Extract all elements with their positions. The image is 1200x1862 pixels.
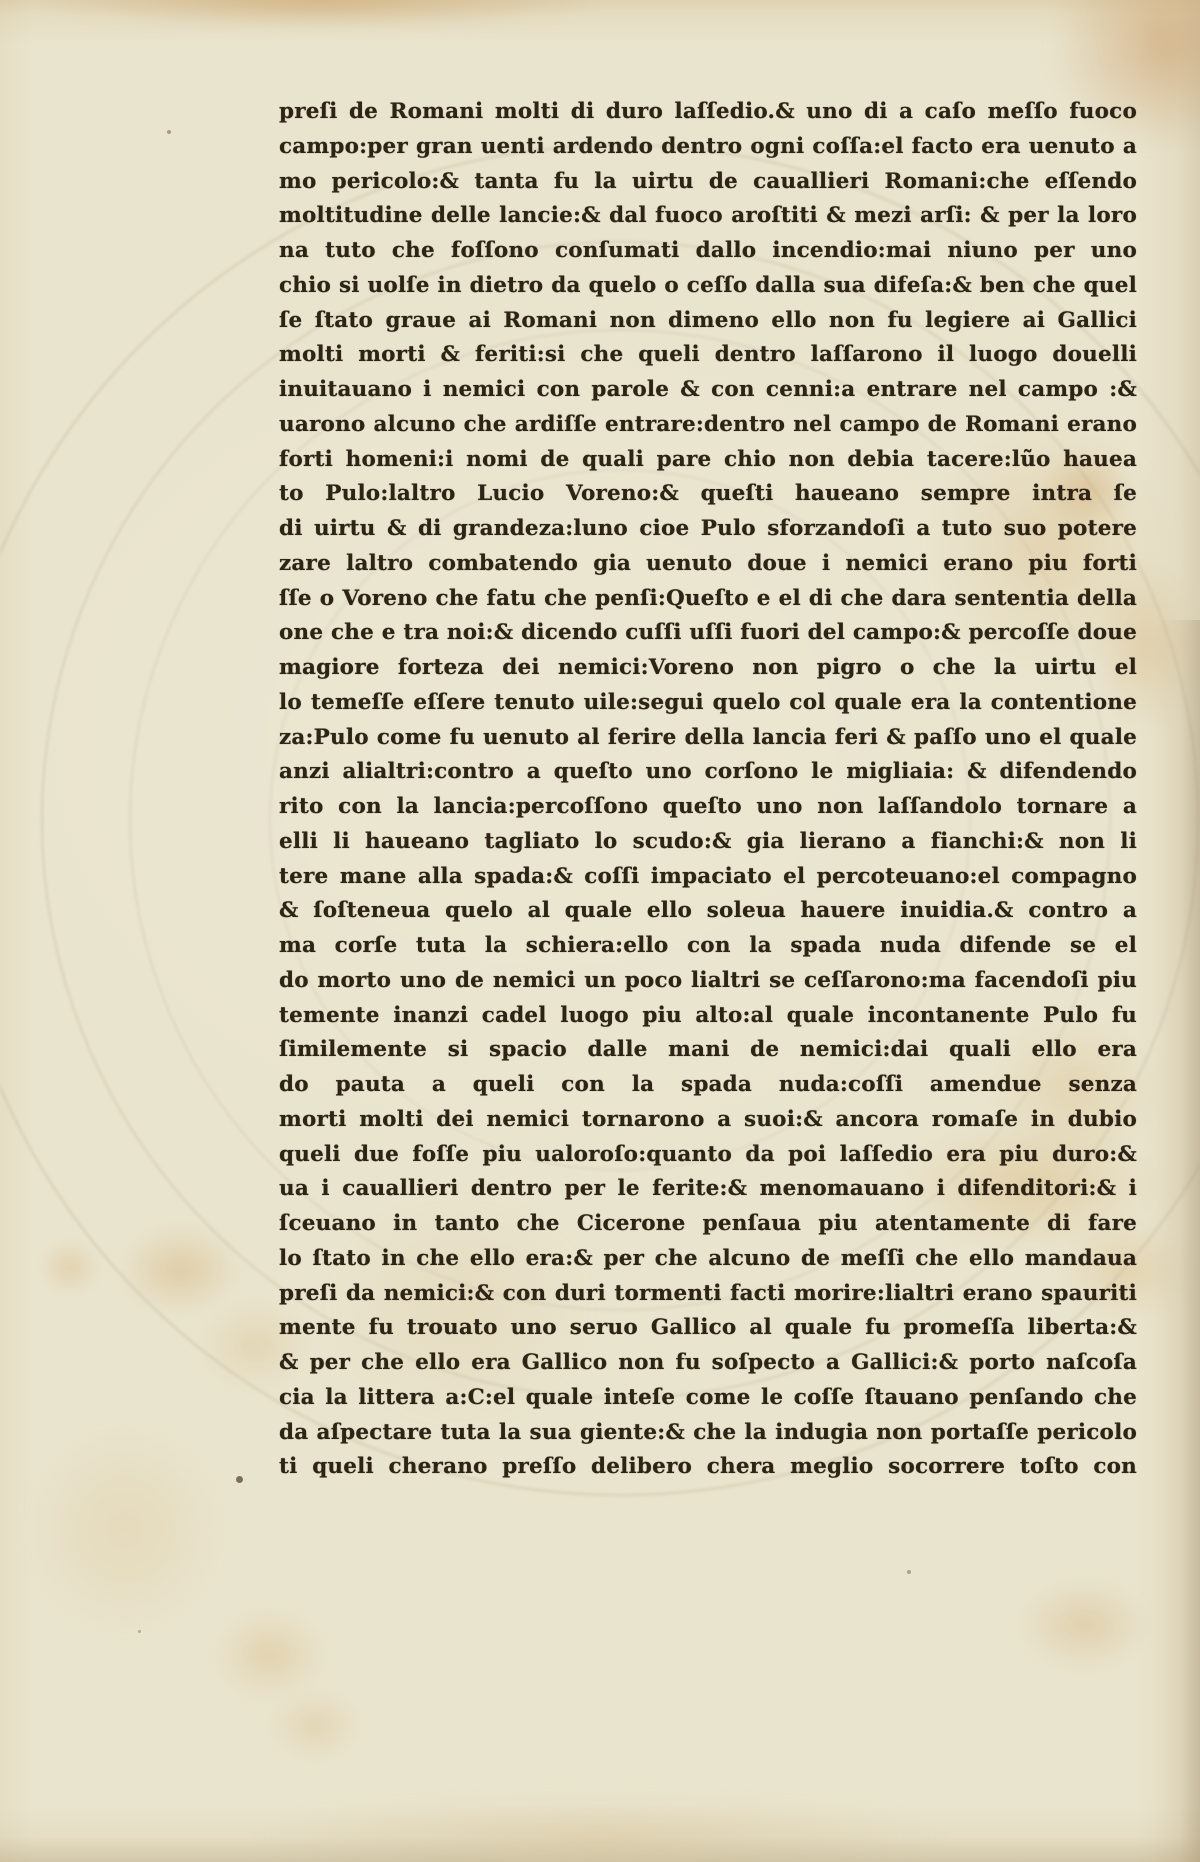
text-line: di uirtu & di grandeza:luno cioe Pulo sf… <box>279 512 1137 547</box>
text-line: moltitudine delle lancie:& dal fuoco aro… <box>279 199 1137 234</box>
text-line: preſi da nemici:& con duri tormenti fact… <box>279 1277 1137 1312</box>
text-line: na tuto che foſſono conſumati dallo ince… <box>279 234 1137 269</box>
text-line: molti morti & feriti:si che queli dentro… <box>279 338 1137 373</box>
text-line: & per che ello era Gallico non fu soſpec… <box>279 1346 1137 1381</box>
text-line: cia la littera a:C:el quale inteſe come … <box>279 1381 1137 1416</box>
text-line: anzi alialtri:contro a queſto uno corſon… <box>279 755 1137 790</box>
text-line: mo pericolo:& tanta fu la uirtu de caual… <box>279 165 1137 200</box>
text-line: tere mane alla spada:& coſſi impaciato e… <box>279 860 1137 895</box>
stain <box>250 1800 950 1862</box>
text-line: do morto uno de nemici un poco lialtri s… <box>279 964 1137 999</box>
text-line: one che e tra noi:& dicendo cuſſi uſſi f… <box>279 616 1137 651</box>
speck <box>167 130 171 134</box>
text-line: campo:per gran uenti ardendo dentro ogni… <box>279 130 1137 165</box>
text-line: ſimilemente si spacio dalle mani de nemi… <box>279 1033 1137 1068</box>
printed-text-block: preſi de Romani molti di duro laſſedio.&… <box>279 95 1137 1485</box>
speck <box>138 1630 141 1633</box>
text-line: za:Pulo come fu uenuto al ferire della l… <box>279 721 1137 756</box>
text-line: do pauta a queli con la spada nuda:coſſi… <box>279 1068 1137 1103</box>
text-line: ma corſe tuta la schiera:ello con la spa… <box>279 929 1137 964</box>
text-line: preſi de Romani molti di duro laſſedio.&… <box>279 95 1137 130</box>
text-line: ti queli cherano preſſo delibero chera m… <box>279 1450 1137 1485</box>
text-line: rito con la lancia:percoſſono queſto uno… <box>279 790 1137 825</box>
text-line: chio si uolſe in dietro da quelo o ceſſo… <box>279 269 1137 304</box>
text-line: & ſoſteneua quelo al quale ello soleua h… <box>279 894 1137 929</box>
text-line: morti molti dei nemici tornarono a suoi:… <box>279 1103 1137 1138</box>
stain <box>270 1690 360 1760</box>
stain <box>215 1610 325 1700</box>
text-line: forti homeni:i nomi de quali pare chio n… <box>279 443 1137 478</box>
stain <box>1020 1580 1150 1670</box>
text-line: magiore forteza dei nemici:Voreno non pi… <box>279 651 1137 686</box>
text-line: da aſpectare tuta la sua giente:& che la… <box>279 1416 1137 1451</box>
page-edge-shading-right <box>1154 620 1200 1862</box>
text-line: mente fu trouato uno seruo Gallico al qu… <box>279 1311 1137 1346</box>
text-line: zare laltro combatendo gia uenuto doue i… <box>279 547 1137 582</box>
stain <box>40 0 600 30</box>
text-line: ſſe o Voreno che fatu che penſi:Queſto e… <box>279 582 1137 617</box>
speck <box>236 1476 243 1483</box>
text-line: lo ſtato in che ello era:& per che alcun… <box>279 1242 1137 1277</box>
text-line: ſceuano in tanto che Cicerone penſaua pi… <box>279 1207 1137 1242</box>
text-line: inuitauano i nemici con parole & con cen… <box>279 373 1137 408</box>
text-line: ſe ſtato graue ai Romani non dimeno ello… <box>279 304 1137 339</box>
text-line: queli due foſſe piu ualoroſo:quanto da p… <box>279 1138 1137 1173</box>
stain <box>40 1240 100 1295</box>
text-line: ua i cauallieri dentro per le ferite:& m… <box>279 1172 1137 1207</box>
text-line: uarono alcuno che ardiſſe entrare:dentro… <box>279 408 1137 443</box>
stain <box>30 1430 220 1630</box>
speck <box>907 1570 911 1574</box>
scanned-book-page: preſi de Romani molti di duro laſſedio.&… <box>0 0 1200 1862</box>
stain <box>120 1225 240 1315</box>
text-line: elli li haueano tagliato lo scudo:& gia … <box>279 825 1137 860</box>
text-line: temente inanzi cadel luogo piu alto:al q… <box>279 999 1137 1034</box>
page-edge-shading-bottom <box>0 1836 1200 1862</box>
text-line: lo temeſſe eſſere tenuto uile:segui quel… <box>279 686 1137 721</box>
text-line: to Pulo:laltro Lucio Voreno:& queſti hau… <box>279 477 1137 512</box>
